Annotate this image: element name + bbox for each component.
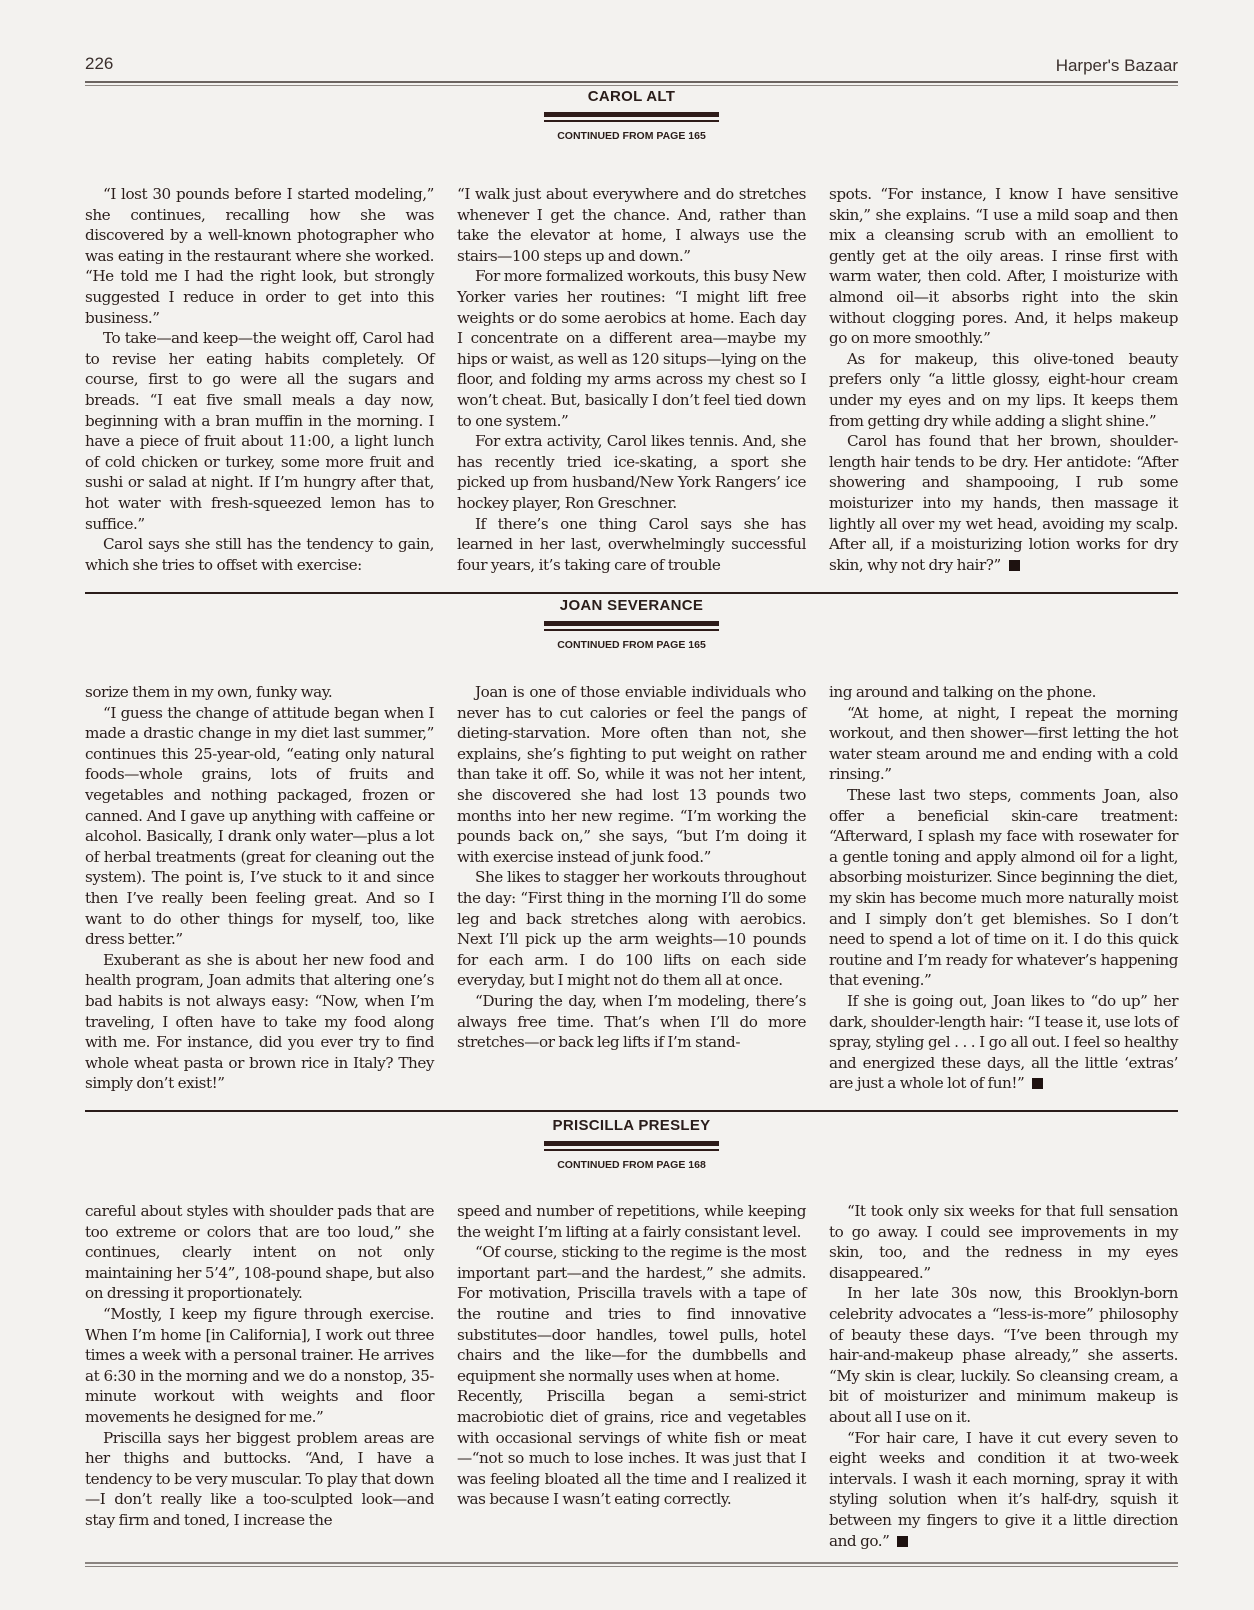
title-rule [544, 1141, 719, 1151]
article-columns: sorize them in my own, funky way.“I gues… [85, 682, 1178, 1094]
paragraph: spots. “For instance, I know I have sens… [829, 184, 1178, 349]
paragraph: In her late 30s now, this Brooklyn-born … [829, 1283, 1178, 1427]
end-mark-icon [1032, 1078, 1043, 1089]
paragraph: To take—and keep—the weight off, Carol h… [85, 328, 434, 534]
article-priscilla-presley: PRISCILLA PRESLEY CONTINUED FROM PAGE 16… [85, 1117, 1178, 1557]
article-columns: careful about styles with shoulder pads … [85, 1201, 1178, 1551]
section-title: JOAN SEVERANCE [85, 597, 1178, 614]
end-mark-icon [1009, 560, 1020, 571]
paragraph: For more formalized workouts, this busy … [457, 266, 806, 431]
section-heading: PRISCILLA PRESLEY CONTINUED FROM PAGE 16… [85, 1117, 1178, 1171]
paragraph: “It took only six weeks for that full se… [829, 1201, 1178, 1283]
paragraph: Recently, Priscilla began a semi-strict … [457, 1386, 806, 1510]
section-title: CAROL ALT [85, 88, 1178, 105]
paragraph: “I lost 30 pounds before I started model… [85, 184, 434, 328]
column-1: “I lost 30 pounds before I started model… [85, 184, 434, 575]
paragraph: “I guess the change of attitude began wh… [85, 703, 434, 950]
paragraph: Carol says she still has the tendency to… [85, 534, 434, 575]
paragraph: speed and number of repetitions, while k… [457, 1201, 806, 1242]
paragraph: “Mostly, I keep my figure through exerci… [85, 1304, 434, 1428]
continued-from-label: CONTINUED FROM PAGE 165 [85, 130, 1178, 142]
section-heading: JOAN SEVERANCE CONTINUED FROM PAGE 165 [85, 597, 1178, 651]
magazine-title: Harper's Bazaar [1056, 56, 1178, 76]
paragraph: “I walk just about everywhere and do str… [457, 184, 806, 266]
paragraph: She likes to stagger her workouts throug… [457, 867, 806, 991]
paragraph: Exuberant as she is about her new food a… [85, 950, 434, 1094]
footer-rule [85, 1562, 1178, 1567]
continued-from-label: CONTINUED FROM PAGE 165 [85, 639, 1178, 651]
column-2: Joan is one of those enviable individual… [457, 682, 806, 1094]
paragraph: ing around and talking on the phone. [829, 682, 1178, 703]
paragraph: Carol has found that her brown, shoulder… [829, 431, 1178, 575]
paragraph: For extra activity, Carol likes tennis. … [457, 431, 806, 513]
section-title: PRISCILLA PRESLEY [85, 1117, 1178, 1134]
column-2: speed and number of repetitions, while k… [457, 1201, 806, 1551]
page-header: 226 Harper's Bazaar [85, 52, 1178, 82]
page-number: 226 [85, 54, 113, 74]
article-carol-alt: CAROL ALT CONTINUED FROM PAGE 165 “I los… [85, 88, 1178, 593]
title-rule [544, 621, 719, 631]
column-1: sorize them in my own, funky way.“I gues… [85, 682, 434, 1094]
paragraph: “Of course, sticking to the regime is th… [457, 1242, 806, 1386]
section-divider [85, 592, 1178, 594]
paragraph: “During the day, when I’m modeling, ther… [457, 991, 806, 1053]
paragraph: careful about styles with shoulder pads … [85, 1201, 434, 1304]
section-heading: CAROL ALT CONTINUED FROM PAGE 165 [85, 88, 1178, 142]
column-3: spots. “For instance, I know I have sens… [829, 184, 1178, 575]
paragraph: “At home, at night, I repeat the morning… [829, 703, 1178, 785]
paragraph: Joan is one of those enviable individual… [457, 682, 806, 867]
paragraph: As for makeup, this olive-toned beauty p… [829, 349, 1178, 431]
paragraph: sorize them in my own, funky way. [85, 682, 434, 703]
column-3: “It took only six weeks for that full se… [829, 1201, 1178, 1551]
article-columns: “I lost 30 pounds before I started model… [85, 184, 1178, 575]
end-mark-icon [897, 1536, 908, 1547]
continued-from-label: CONTINUED FROM PAGE 168 [85, 1159, 1178, 1171]
paragraph: These last two steps, comments Joan, als… [829, 785, 1178, 991]
column-1: careful about styles with shoulder pads … [85, 1201, 434, 1551]
title-rule [544, 112, 719, 122]
section-divider [85, 1110, 1178, 1112]
paragraph: If she is going out, Joan likes to “do u… [829, 991, 1178, 1094]
column-2: “I walk just about everywhere and do str… [457, 184, 806, 575]
article-joan-severance: JOAN SEVERANCE CONTINUED FROM PAGE 165 s… [85, 597, 1178, 1112]
paragraph: Priscilla says her biggest problem areas… [85, 1428, 434, 1531]
paragraph: If there’s one thing Carol says she has … [457, 514, 806, 576]
column-3: ing around and talking on the phone.“At … [829, 682, 1178, 1094]
paragraph: “For hair care, I have it cut every seve… [829, 1428, 1178, 1552]
header-rule [85, 81, 1178, 86]
